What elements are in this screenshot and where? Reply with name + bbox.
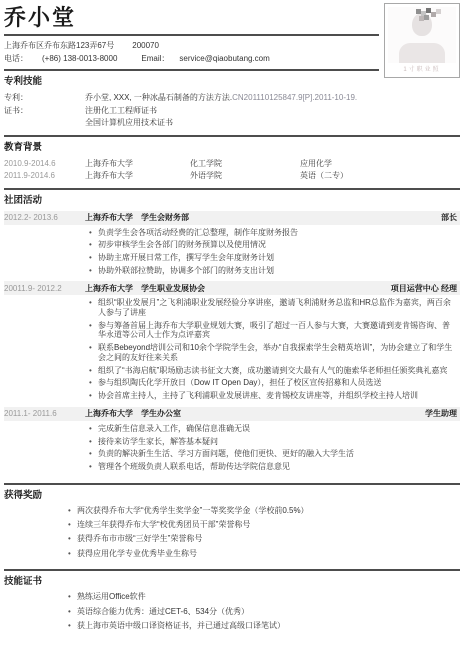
- address-line: 上海乔布区乔布东路123弄67号200070: [4, 39, 379, 52]
- certificate-row: 证书： 注册化工工程师证书 全国计算机应用技术证书: [4, 105, 460, 129]
- bullet-item: 协助外联部拉赞助，协调多个部门的财务支出计划: [89, 266, 456, 276]
- section-certificates: 技能证书 熟练运用Office软件 英语综合能力优秀：通过CET-6、534分（…: [4, 569, 460, 641]
- patent-ref: CN201110125847.9[P].2011-10-19.: [232, 93, 357, 102]
- patent-label: 专利：: [4, 92, 85, 104]
- awards-bullet-list: 两次获得乔布大学“优秀学生奖学金”一等奖奖学金（学校前0.5%） 连续三年获得乔…: [4, 506, 460, 559]
- education-period: 2010.9-2014.6: [4, 158, 85, 171]
- activity-period: 2011.1- 2011.6: [4, 409, 85, 418]
- bullet-item: 初步审核学生会各部门的财务预算以及使用情况: [89, 240, 456, 250]
- photo-caption: 1寸职业照: [388, 63, 456, 77]
- silhouette-torso: [399, 43, 445, 63]
- activity-period: 20011.9- 2012.2: [4, 284, 85, 293]
- activity-header: 2011.1- 2011.6 上海乔布大学 学生办公室 学生助理: [4, 407, 460, 421]
- certificate-line: 全国计算机应用技术证书: [85, 117, 460, 129]
- candidate-name: 乔小堂: [4, 5, 379, 31]
- education-period: 2011.9-2014.6: [4, 170, 85, 183]
- education-major: 英语（二专）: [300, 170, 460, 183]
- activity-organization: 上海乔布大学 学生职业发展协会: [85, 284, 205, 293]
- activity-organization: 上海乔布大学 学生办公室: [85, 409, 181, 418]
- activity-organization: 上海乔布大学 学生会财务部: [85, 213, 189, 222]
- bullet-item: 完成新生信息录入工作，确保信息准确无误: [89, 424, 456, 434]
- bullet-item: 管理各个班级负责人联系电话，帮助传达学院信息意见: [89, 462, 456, 472]
- education-college: 外语学院: [190, 170, 300, 183]
- activity-bullet-list: 完成新生信息录入工作，确保信息准确无误 接待来访学生家长，解答基本疑问 负责的解…: [4, 424, 460, 472]
- activity-role: 项目运营中心 经理: [391, 284, 457, 293]
- bullet-item: 熟练运用Office软件: [68, 592, 456, 602]
- email-address: service@qiaobutang.com: [179, 54, 269, 63]
- mosaic-pixel: [424, 15, 429, 20]
- activity-header: 2012.2- 2013.6 上海乔布大学 学生会财务部 部长: [4, 211, 460, 225]
- profile-photo: 1寸职业照: [384, 3, 460, 78]
- bullet-item: 组织“职业发展月”之飞利浦职业发展经验分享讲座，邀请飞利浦财务总监和HR总监作为…: [89, 298, 456, 317]
- bullet-item: 获得乔布市市级“三好学生”荣誉称号: [68, 534, 456, 544]
- education-row: 2011.9-2014.6 上海乔布大学 外语学院 英语（二专）: [4, 170, 460, 183]
- bullet-item: 连续三年获得乔布大学“校优秀团员干部”荣誉称号: [68, 520, 456, 530]
- education-major: 应用化学: [300, 158, 460, 171]
- contact-block: 上海乔布区乔布东路123弄67号200070 电话：(+86) 138-0013…: [4, 36, 379, 69]
- bullet-item: 组织了“书海启航”职场励志读书征文大赛，成功邀请到交大最有人气的施索华老师担任颁…: [89, 366, 456, 376]
- education-row: 2010.9-2014.6 上海乔布大学 化工学院 应用化学: [4, 158, 460, 171]
- phone-email-line: 电话：(+86) 138-0013-8000Email：service@qiao…: [4, 52, 379, 65]
- section-activities: 社团活动 2012.2- 2013.6 上海乔布大学 学生会财务部 部长 负责学…: [4, 188, 460, 483]
- section-title: 教育背景: [4, 141, 460, 154]
- activity-bullet-list: 组织“职业发展月”之飞利浦职业发展经验分享讲座，邀请飞利浦财务总监和HR总监作为…: [4, 298, 460, 400]
- photo-silhouette: [388, 7, 456, 63]
- activity-period: 2012.2- 2013.6: [4, 213, 85, 222]
- certs-bullet-list: 熟练运用Office软件 英语综合能力优秀：通过CET-6、534分（优秀） 获…: [4, 592, 460, 630]
- email-label: Email：: [141, 54, 169, 63]
- section-title: 技能证书: [4, 575, 460, 588]
- address-text: 上海乔布区乔布东路123弄67号: [4, 41, 114, 50]
- section-title: 社团活动: [4, 194, 460, 207]
- postcode: 200070: [132, 41, 159, 50]
- bullet-item: 负责学生会各项活动经费的汇总整理，制作年度财务报告: [89, 228, 456, 238]
- bullet-item: 联系Bebeyond培训公司和10余个学院学生会，举办“自我探索学生会精英培训”…: [89, 343, 456, 362]
- section-patent-skills: 专利技能 专利： 乔小堂, XXX, 一种冰晶石制备的方法方法.CN201110…: [4, 71, 460, 135]
- resume-header: 乔小堂 上海乔布区乔布东路123弄67号200070 电话：(+86) 138-…: [4, 5, 379, 71]
- education-school: 上海乔布大学: [85, 170, 190, 183]
- bullet-item: 协会首席主持人，主持了飞利浦职业发展讲座、麦肯锡校友讲座等，并组织学校主持人培训: [89, 391, 456, 401]
- education-school: 上海乔布大学: [85, 158, 190, 171]
- bullet-item: 获得应用化学专业优秀毕业生称号: [68, 549, 456, 559]
- patent-row: 专利： 乔小堂, XXX, 一种冰晶石制备的方法方法.CN20111012584…: [4, 92, 460, 104]
- phone-number: (+86) 138-0013-8000: [42, 54, 117, 63]
- bullet-item: 协助主席开展日常工作，撰写学生会年度财务计划: [89, 253, 456, 263]
- bullet-item: 英语综合能力优秀：通过CET-6、534分（优秀）: [68, 607, 456, 617]
- mosaic-pixel: [436, 9, 441, 14]
- activity-bullet-list: 负责学生会各项活动经费的汇总整理，制作年度财务报告 初步审核学生会各部门的财务预…: [4, 228, 460, 276]
- phone-label: 电话：: [4, 54, 28, 63]
- education-college: 化工学院: [190, 158, 300, 171]
- section-title: 获得奖励: [4, 489, 460, 502]
- certificate-line: 注册化工工程师证书: [85, 105, 460, 117]
- section-education: 教育背景 2010.9-2014.6 上海乔布大学 化工学院 应用化学 2011…: [4, 135, 460, 188]
- activity-role: 学生助理: [425, 409, 457, 418]
- bullet-item: 两次获得乔布大学“优秀学生奖学金”一等奖奖学金（学校前0.5%）: [68, 506, 456, 516]
- bullet-item: 参与筹备首届上海乔布大学职业规划大赛，吸引了超过一百人参与大赛，大赛邀请到麦肯锡…: [89, 321, 456, 340]
- section-awards: 获得奖励 两次获得乔布大学“优秀学生奖学金”一等奖奖学金（学校前0.5%） 连续…: [4, 483, 460, 570]
- bullet-item: 接待来访学生家长，解答基本疑问: [89, 437, 456, 447]
- certificate-content: 注册化工工程师证书 全国计算机应用技术证书: [85, 105, 460, 129]
- bullet-item: 负责的解决新生生活、学习方面问题，使他们更快、更好的融入大学生活: [89, 449, 456, 459]
- patent-content: 乔小堂, XXX, 一种冰晶石制备的方法方法.CN201110125847.9[…: [85, 92, 460, 104]
- patent-text: 乔小堂, XXX, 一种冰晶石制备的方法方法.: [85, 93, 232, 102]
- bullet-item: 获上海市英语中级口译资格证书，并已通过高级口译笔试）: [68, 621, 456, 631]
- resume-page: 1寸职业照 乔小堂 上海乔布区乔布东路123弄67号200070 电话：(+86…: [0, 0, 465, 642]
- mosaic-pixel: [419, 16, 424, 21]
- activity-role: 部长: [441, 213, 457, 222]
- activity-header: 20011.9- 2012.2 上海乔布大学 学生职业发展协会 项目运营中心 经…: [4, 281, 460, 295]
- certificate-label: 证书：: [4, 105, 85, 129]
- bullet-item: 参与组织陶氏化学开放日（Dow IT Open Day），担任了校区宣传招募和人…: [89, 378, 456, 388]
